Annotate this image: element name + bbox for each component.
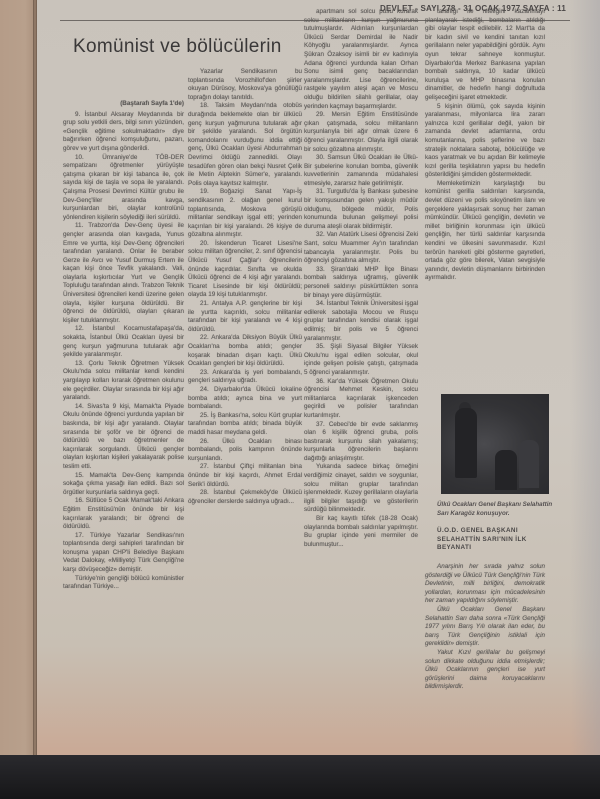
paragraph: 20. İskenderun Ticaret Lisesi'ne solcu m… [188, 240, 302, 300]
paragraph: 5 kişinin ölümü, çok sayıda kişinin yara… [425, 103, 545, 180]
paragraph: 14. Sivas'ta 9 kişi, Mamak'ta Piyade Oku… [63, 403, 184, 472]
article-column-2: Yazarlar Sendikasının bu toplantısında V… [188, 68, 302, 506]
sidebar-subhead: Ü.O.D. GENEL BAŞKANI SELAHATTİN SARI'NIN… [437, 527, 555, 553]
paragraph: 10. Ümraniye'de TÖB-DER sempatizanı öğre… [63, 154, 184, 223]
table-surface [0, 755, 600, 799]
paragraph: 15. Mamak'ta Dev-Genç kampında sokağa çı… [63, 472, 184, 498]
article-column-4: taraflığı ile niteliğini kazanmayı planl… [425, 8, 545, 283]
paragraph: 17. Türkiye Yazarlar Sendikası'nın topla… [63, 532, 184, 575]
paragraph: 16. Sütlüce 5 Ocak Mamak'taki Ankara Eği… [63, 497, 184, 531]
paragraph: 22. Ankara'da Diksiyon Büyük Ülkü Ocakla… [188, 334, 302, 368]
facing-page-edge [0, 0, 36, 755]
paragraph: 23. Ankara'da iş yeri bombalandı, gençle… [188, 369, 302, 386]
paragraph: 11. Trabzon'da Dev-Genç üyesi ile gençle… [63, 222, 184, 325]
paragraph: 30. Samsun Ülkü Ocakları ile Ülkü-Bir şu… [304, 154, 418, 188]
sidebar-article-body: Anarşinin her sırada yalnız solun göster… [425, 563, 545, 692]
paragraph: 13. Çorlu Teknik Öğretmen Yüksek Okulu'n… [63, 360, 184, 403]
paragraph: 35. Şişli Siyasal Bilgiler Yüksek Okulu'… [304, 343, 418, 377]
article-column-3: apartmanı sol solcu pusu kurarak solcu m… [304, 8, 418, 549]
paragraph: apartmanı sol solcu pusu kurarak solcu m… [304, 8, 418, 111]
photo-caption: Ülkü Ocakları Genel Başkanı Selahattin S… [437, 501, 555, 518]
paragraph: 29. Mersin Eğitim Enstitüsünde çıkan çat… [304, 111, 418, 154]
paragraph: 33. Şiran'daki MHP İlçe Binası bombalı s… [304, 266, 418, 300]
page-shadow [570, 0, 600, 760]
paragraph: 31. Turgutlu'da İş Bankası şubesine bir … [304, 188, 418, 231]
paragraph: 19. Boğaziçi Sanat Yapı-İş sendikasının … [188, 188, 302, 240]
paragraph: Bir kaç kayıtlı tüfek (18-28 Ocak) olayl… [304, 515, 418, 549]
continuation-note: (Baştarafı Sayfa 1'de) [63, 100, 184, 109]
paragraph: 9. İstanbul Aksaray Meydanında bir grup … [63, 111, 184, 154]
article-column-1: (Baştarafı Sayfa 1'de) 9. İstanbul Aksar… [63, 100, 184, 592]
paragraph: Yukarıda sadece birkaç örneğini verdiğim… [304, 463, 418, 515]
paragraph: Anarşinin her sırada yalnız solun göster… [425, 563, 545, 606]
paragraph: Yakut Kızıl gerillalar bu gelişmeyi solu… [425, 649, 545, 692]
photo-figure-seated [519, 440, 539, 488]
paragraph: Memleketimizin karşılaştığı bu komünist … [425, 180, 545, 283]
paragraph: 34. İstanbul Teknik Üniversitesi işgal e… [304, 300, 418, 343]
article-title: Komünist ve bölücülerin [73, 36, 282, 58]
paragraph: 36. Kar'da Yüksek Öğretmen Okulu öğrenci… [304, 378, 418, 421]
paragraph: 26. Ülkü Ocakları binası bombalandı, pol… [188, 438, 302, 464]
paragraph: taraflığı ile niteliğini kazanmayı planl… [425, 8, 545, 103]
paragraph: 37. Cebeci'de bir evde saklanmış olan 6 … [304, 421, 418, 464]
photo-figure-seated [495, 450, 517, 490]
paragraph: 27. İstanbul Çiftçi militanları bina önü… [188, 463, 302, 489]
paragraph: 28. İstanbul Çekmeköy'de Ülkücü öğrencil… [188, 489, 302, 506]
paragraph: 21. Antalya A.P. gençlerine bir kişi ile… [188, 300, 302, 334]
paragraph: Yazarlar Sendikasının bu toplantısında V… [188, 68, 302, 102]
paragraph: 24. Diyarbakır'da Ülkücü lokaline bomba … [188, 386, 302, 412]
photo-figure-speaker [455, 408, 477, 478]
paragraph: 25. İş Bankası'na, solcu Kürt gruplar ta… [188, 412, 302, 438]
paragraph: Ülkü Ocakları Genel Başkanı Selahattin S… [425, 606, 545, 649]
paragraph: 12. İstanbul Kocamustafapaşa'da, sokakta… [63, 325, 184, 359]
paragraph: Türkiye'nin gençliği bölücü komünistler … [63, 575, 184, 592]
paragraph: 18. Taksim Meydanı'nda otobüs durağında … [188, 102, 302, 188]
paragraph: 32. Van Atatürk Lisesi öğrencisi Zeki Sa… [304, 231, 418, 265]
article-photo [441, 394, 549, 494]
